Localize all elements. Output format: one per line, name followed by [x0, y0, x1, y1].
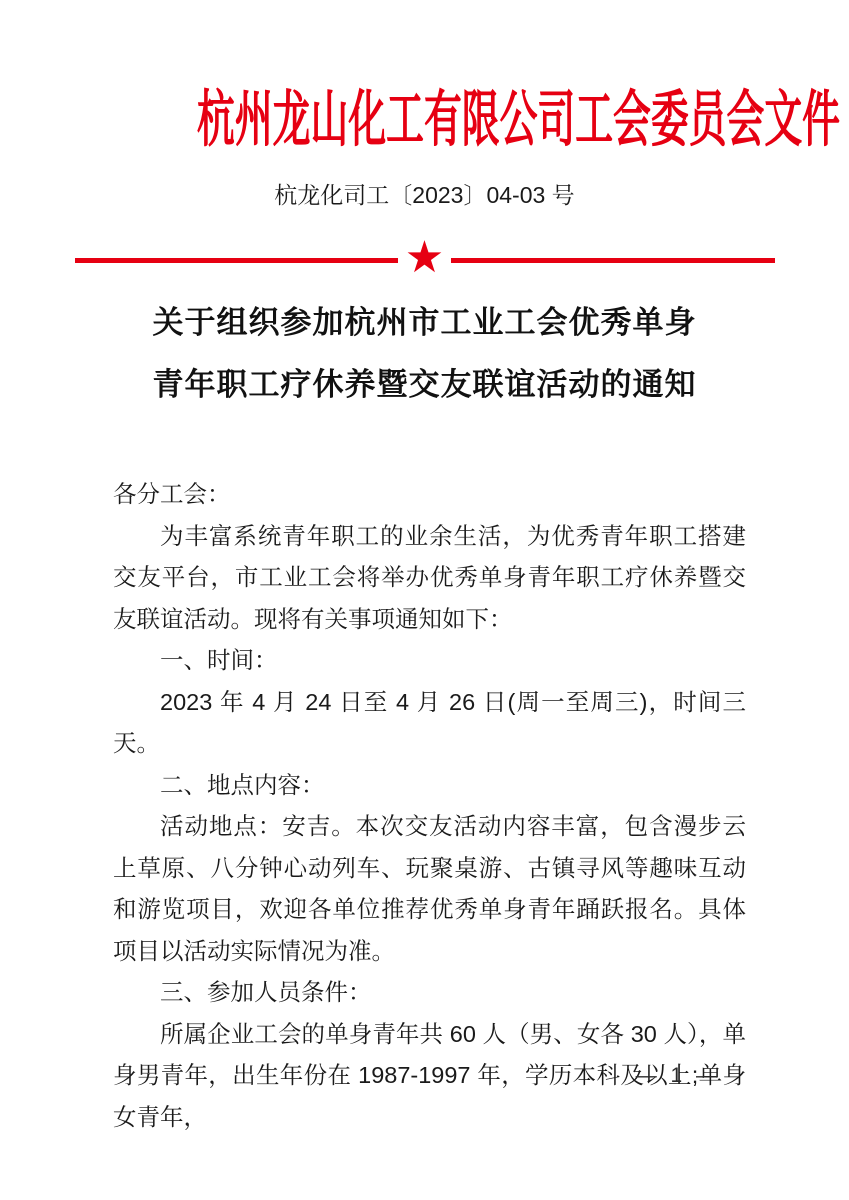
- document-page: 杭州龙山化工有限公司工会委员会文件 杭龙化司工〔2023〕04-03 号 ★ 关…: [0, 0, 849, 1200]
- salutation: 各分工会：: [113, 474, 746, 516]
- red-divider: ★: [75, 236, 775, 284]
- doc-title: 关于组织参加杭州市工业工会优秀单身 青年职工疗休养暨交友联谊活动的通知: [0, 292, 849, 416]
- doc-title-line1: 关于组织参加杭州市工业工会优秀单身: [0, 292, 849, 354]
- org-masthead: 杭州龙山化工有限公司工会委员会文件: [0, 86, 849, 156]
- body-paragraph-heading: 二、地点内容：: [113, 765, 746, 807]
- document-body: 各分工会： 为丰富系统青年职工的业余生活，为优秀青年职工搭建交友平台，市工业工会…: [113, 474, 746, 1138]
- divider-line-left: [75, 258, 398, 263]
- star-icon: ★: [405, 236, 444, 284]
- page-number: — 1 —: [636, 1062, 721, 1090]
- body-paragraph-heading: 一、时间：: [113, 640, 746, 682]
- org-masthead-text: 杭州龙山化工有限公司工会委员会文件: [197, 86, 840, 156]
- body-paragraph: 为丰富系统青年职工的业余生活，为优秀青年职工搭建交友平台，市工业工会将举办优秀单…: [113, 516, 746, 641]
- doc-title-line2: 青年职工疗休养暨交友联谊活动的通知: [0, 354, 849, 416]
- body-paragraph: 2023 年 4 月 24 日至 4 月 26 日(周一至周三)，时间三天。: [113, 682, 746, 765]
- body-paragraph-heading: 三、参加人员条件：: [113, 972, 746, 1014]
- body-paragraph: 活动地点：安吉。本次交友活动内容丰富，包含漫步云上草原、八分钟心动列车、玩聚桌游…: [113, 806, 746, 972]
- divider-line-right: [451, 258, 774, 263]
- doc-number: 杭龙化司工〔2023〕04-03 号: [0, 180, 849, 210]
